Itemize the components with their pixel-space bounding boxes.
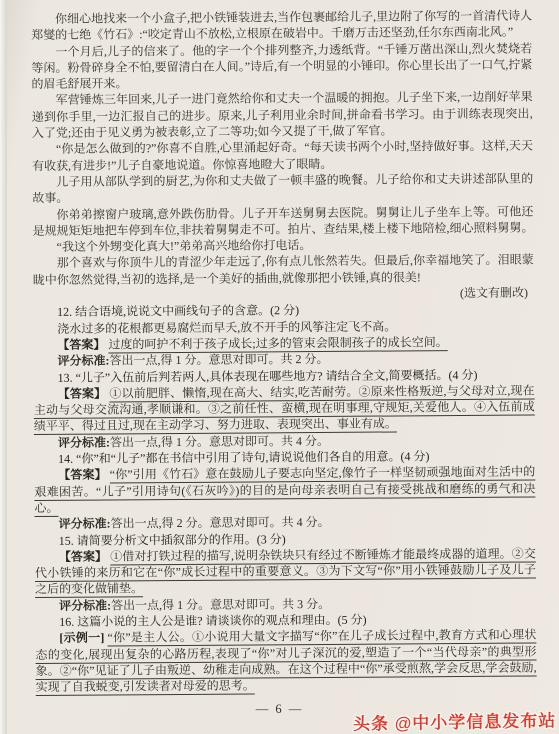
passage-paragraph: 儿子用从部队学到的厨艺,为你和丈夫做了一顿丰盛的晚餐。儿子给你和丈夫讲述部队里的… [32,170,533,206]
criteria-label: 评分标准: [59,598,111,612]
question-block-13: 13. “儿子”入伍前后判若两人,具体表现在哪些地方? 请结合全文,简要概括。(… [34,366,536,451]
answer-label: 【答案】 [57,337,105,351]
question-block-12: 12. 结合语境,说说文中画线句子的含意。(2 分) 浇水过多的花根都更易腐烂而… [33,301,534,370]
passage-paragraph: “你是怎么做到的?”你喜不自胜,心里涌起好奇。“每天读书两个小时,坚持做好事。这… [32,138,533,174]
criteria-label: 评分标准: [58,435,110,449]
page-content: 你细心地找来一个小盒子,把小铁锤装进去,当作包裹邮给儿子,里边附了你写的一首清代… [31,8,537,696]
answer-text: 过度的呵护不利于孩子成长;过多的管束会限制孩子的成长空间。 [108,335,447,351]
criteria-text: 答出一点,得 2 分。意思对即可。共 4 分。 [111,515,330,531]
answer-label: 【答案】 [59,549,107,563]
answer-label: [示例一] [59,631,104,645]
criteria-label: 评分标准: [59,517,111,531]
criteria-label: 评分标准: [57,354,109,368]
answer-line: 【答案】 ①借对打铁过程的描写,说明杂铁块只有经过不断锤炼才能最终成器的道理。②… [35,545,536,597]
answer-line: 【答案】 “你”引用《竹石》意在鼓励儿子要志向坚定,像竹子一样坚韧顽强地面对生活… [34,464,535,516]
question-block-14: 14. “你”和“儿子”都在书信中引用了诗句,请说说他们各自的用意。(4 分) … [34,448,536,533]
scanned-exam-page: 你细心地找来一个小盒子,把小铁锤装进去,当作包裹邮给儿子,里边附了你写的一首清代… [0,0,559,734]
answer-line: 【答案】 ①以前肥胖、懒惰,现在高大、结实,吃苦耐劳。②原来性格叛逆,与父母对立… [34,382,535,434]
passage-paragraph: 你细心地找来一个小盒子,把小铁锤装进去,当作包裹邮给儿子,里边附了你写的一首清代… [31,8,532,44]
answer-text: “你”引用《竹石》意在鼓励儿子要志向坚定,像竹子一样坚韧顽强地面对生活中的艰难困… [34,465,535,515]
question-block-16: 16. 这篇小说的主人公是谁? 请谈谈你的观点和理由。(5 分) [示例一] “… [35,610,537,695]
answer-text: ①借对打铁过程的描写,说明杂铁块只有经过不断锤炼才能最终成器的道理。②交代小铁锤… [35,546,536,596]
answer-label: 【答案】 [58,468,107,482]
toutiao-watermark: 头条 @中小学信息发布站 [352,706,556,734]
answer-text: ①以前肥胖、懒惰,现在高大、结实,吃苦耐劳。②原来性格叛逆,与父母对立,现在主动… [34,383,535,433]
answer-label: 【答案】 [58,386,107,400]
answer-text: “你”是主人公。①小说用大量文字描写“你”在儿子成长过程中,教育方式和心理状态的… [35,628,536,694]
passage-paragraph: 军营锤炼三年回来,儿子一进门竟然给你和丈夫一个温暖的拥抱。儿子坐下来,一边削好苹… [32,89,533,141]
reading-passage: 你细心地找来一个小盒子,把小铁锤装进去,当作包裹邮给儿子,里边附了你写的一首清代… [31,8,534,305]
answer-line: [示例一] “你”是主人公。①小说用大量文字描写“你”在儿子成长过程中,教育方式… [35,627,536,696]
criteria-text: 答出一点,得 1 分。意思对即可。共 4 分。 [110,434,329,450]
question-block-15: 15. 请简要分析文中插叙部分的作用。(3 分) 【答案】 ①借对打铁过程的描写… [35,529,537,614]
passage-paragraph: 那个喜欢与你顶牛儿的青涩少年走远了,你有点儿怅然若失。但最后,你幸福地笑了。泪眼… [33,252,534,288]
passage-paragraph: 一个月后,儿子的信来了。他的字一个个排列整齐,力透纸背。“千锤万凿出深山,烈火焚… [31,40,532,92]
scan-edge-shadow [0,0,7,734]
criteria-text: 答出一点,得 1 分。意思对即可。共 3 分。 [111,597,330,613]
criteria-text: 答出一点,得 1 分。意思对即可。共 2 分。 [109,352,328,368]
passage-paragraph: 你弟弟擦窗户玻璃,意外跌伤肋骨。儿子开车送舅舅去医院。舅舅让儿子坐车上等。可他还… [32,203,533,239]
